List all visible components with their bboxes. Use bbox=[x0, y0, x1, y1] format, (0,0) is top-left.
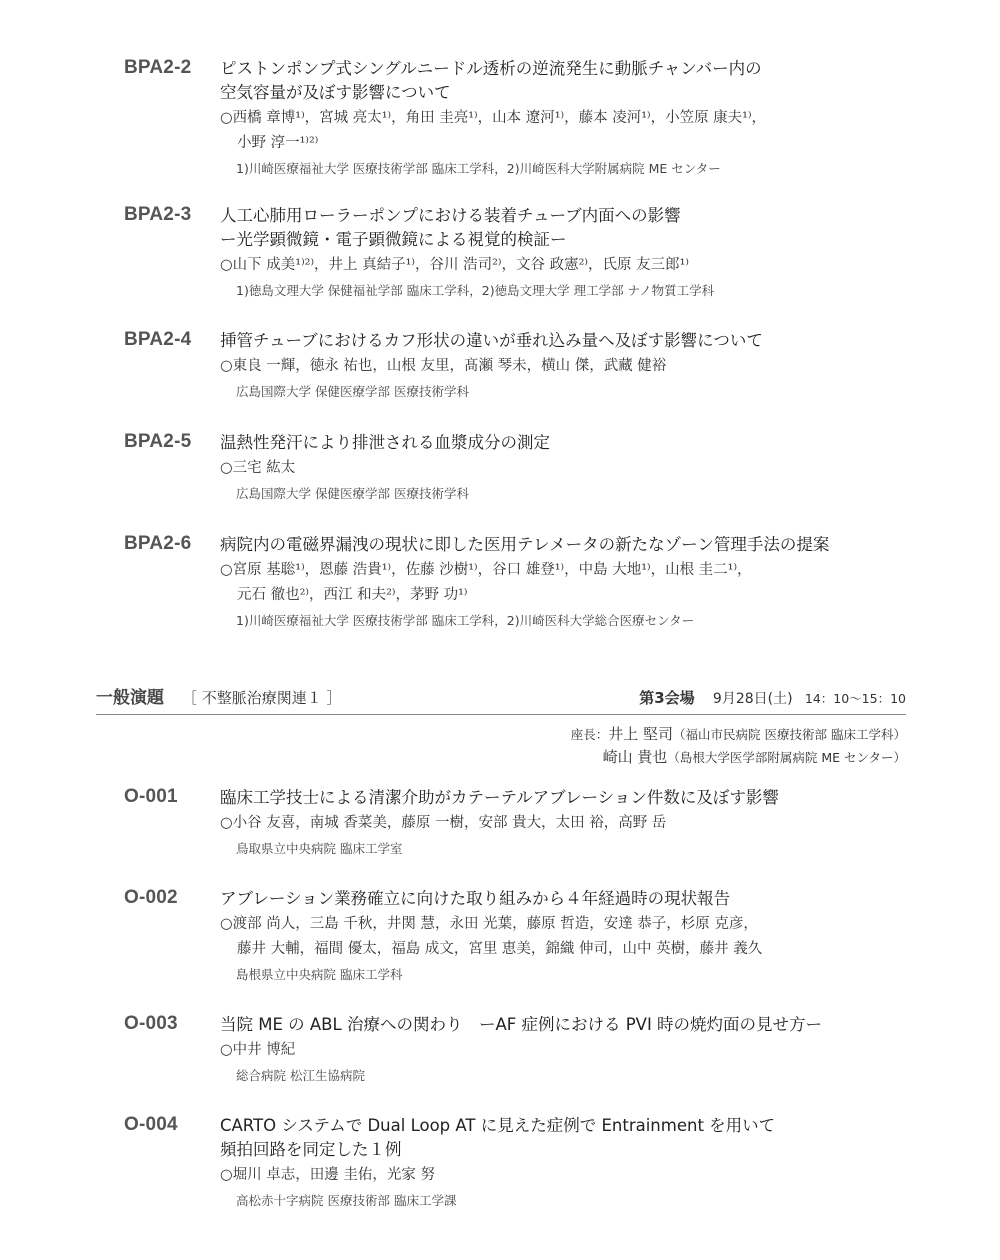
author-list: ○西橋 章博¹⁾，宮城 亮太¹⁾，角田 圭亮¹⁾，山本 遼河¹⁾，藤本 凌河¹⁾… bbox=[220, 107, 924, 130]
abstract-entry: O-001 臨床工学技士による清潔介助がカテーテルアブレーション件数に及ぼす影響… bbox=[124, 786, 924, 859]
author-list: ○中井 博紀 bbox=[220, 1039, 924, 1062]
abstract-entry: BPA2-6 病院内の電磁界漏洩の現状に即した医用テレメータの新たなゾーン管理手… bbox=[124, 533, 924, 631]
abstract-code: BPA2-5 bbox=[124, 431, 191, 453]
abstract-title: 温熱性発汗により排泄される血漿成分の測定 bbox=[220, 431, 924, 455]
chairs: 座長：井上 堅司（福山市民病院 医療技術部 臨床工学科） 崎山 貴也（島根大学医… bbox=[96, 723, 906, 769]
session-topic: ［ 不整脈治療関連１ ］ bbox=[182, 687, 342, 708]
abstract-title: 病院内の電磁界漏洩の現状に即した医用テレメータの新たなゾーン管理手法の提案 bbox=[220, 533, 924, 557]
abstract-title: 空気容量が及ぼす影響について bbox=[220, 81, 924, 105]
chair-name: 井上 堅司 bbox=[608, 725, 673, 743]
affiliation: 1)川崎医療福祉大学 医療技術学部 臨床工学科，2)川崎医科大学附属病院 ME … bbox=[220, 159, 924, 179]
abstract-title: アブレーション業務確立に向けた取り組みから４年経過時の現状報告 bbox=[220, 887, 924, 911]
abstract-entry: O-003 当院 ME の ABL 治療への関わり ーAF 症例における PVI… bbox=[124, 1013, 924, 1086]
affiliation: 鳥取県立中央病院 臨床工学室 bbox=[220, 839, 924, 859]
session-date: 9月28日(土) bbox=[713, 691, 793, 707]
abstract-entry: BPA2-5 温熱性発汗により排泄される血漿成分の測定 ○三宅 紘太 広島国際大… bbox=[124, 431, 924, 504]
abstract-title: ピストンポンプ式シングルニードル透析の逆流発生に動脈チャンバー内の bbox=[220, 57, 924, 81]
affiliation: 広島国際大学 保健医療学部 医療技術学科 bbox=[220, 484, 924, 504]
session-section: 一般演題 ［ 不整脈治療関連１ ］ 第3会場 9月28日(土) 14：10～15… bbox=[96, 683, 906, 769]
abstract-entry: BPA2-4 挿管チューブにおけるカフ形状の違いが垂れ込み量へ及ぼす影響について… bbox=[124, 329, 924, 402]
abstract-code: BPA2-2 bbox=[124, 57, 191, 79]
abstract-code: O-001 bbox=[124, 786, 178, 808]
chair-person: 崎山 貴也（島根大学医学部附属病院 ME センター） bbox=[96, 746, 906, 769]
affiliation: 島根県立中央病院 臨床工学科 bbox=[220, 965, 924, 985]
author-list: 元石 徹也²⁾，西江 和夫²⁾，茅野 功¹⁾ bbox=[220, 584, 924, 607]
chair-affiliation: （福山市民病院 医療技術部 臨床工学科） bbox=[673, 727, 906, 742]
author-list: 藤井 大輔，福間 優太，福島 成文，宮里 恵美，錦織 伸司，山中 英樹，藤井 義… bbox=[220, 938, 924, 961]
affiliation: 総合病院 松江生協病院 bbox=[220, 1066, 924, 1086]
author-list: ○宮原 基聡¹⁾，恩藤 浩貴¹⁾，佐藤 沙樹¹⁾，谷口 雄登¹⁾，中島 大地¹⁾… bbox=[220, 559, 924, 582]
chair-prefix: 座長： bbox=[571, 727, 609, 742]
author-list: ○渡部 尚人，三島 千秋，井関 慧，永田 光葉，藤原 哲造，安達 恭子，杉原 克… bbox=[220, 913, 924, 936]
abstract-code: BPA2-4 bbox=[124, 329, 191, 351]
chair-name: 崎山 貴也 bbox=[603, 748, 668, 766]
session-schedule: 第3会場 9月28日(土) 14：10～15：10 bbox=[639, 687, 906, 708]
abstract-title: 人工心肺用ローラーポンプにおける装着チューブ内面への影響 bbox=[220, 204, 924, 228]
abstract-code: O-004 bbox=[124, 1114, 178, 1136]
abstract-code: BPA2-6 bbox=[124, 533, 191, 555]
session-room: 第3会場 bbox=[639, 689, 694, 707]
session-time: 14：10～15：10 bbox=[805, 691, 906, 706]
abstract-subtitle: ー光学顕微鏡・電子顕微鏡による視覚的検証ー bbox=[220, 228, 924, 252]
chair-person: 座長：井上 堅司（福山市民病院 医療技術部 臨床工学科） bbox=[96, 723, 906, 746]
author-list: ○東良 一輝，徳永 祐也，山根 友里，髙瀬 琴未，横山 傑，武藏 健裕 bbox=[220, 355, 924, 378]
abstract-title: 頻拍回路を同定した１例 bbox=[220, 1138, 924, 1162]
affiliation: 高松赤十字病院 医療技術部 臨床工学課 bbox=[220, 1191, 924, 1211]
author-list: ○小谷 友喜，南城 香菜美，藤原 一樹，安部 貴大，太田 裕，高野 岳 bbox=[220, 812, 924, 835]
abstract-code: O-002 bbox=[124, 887, 178, 909]
abstract-entry: O-004 CARTO システムで Dual Loop AT に見えた症例で E… bbox=[124, 1114, 924, 1211]
affiliation: 1)川崎医療福祉大学 医療技術学部 臨床工学科，2)川崎医科大学総合医療センター bbox=[220, 611, 924, 631]
author-list: ○三宅 紘太 bbox=[220, 457, 924, 480]
abstract-title: CARTO システムで Dual Loop AT に見えた症例で Entrain… bbox=[220, 1114, 924, 1138]
abstract-entry: O-002 アブレーション業務確立に向けた取り組みから４年経過時の現状報告 ○渡… bbox=[124, 887, 924, 985]
author-list: ○堀川 卓志，田邊 圭佑，光家 努 bbox=[220, 1164, 924, 1187]
affiliation: 1)徳島文理大学 保健福祉学部 臨床工学科，2)徳島文理大学 理工学部 ナノ物質… bbox=[220, 281, 924, 301]
author-list: 小野 淳一¹⁾²⁾ bbox=[220, 132, 924, 155]
session-header: 一般演題 ［ 不整脈治療関連１ ］ 第3会場 9月28日(土) 14：10～15… bbox=[96, 683, 906, 715]
chair-affiliation: （島根大学医学部附属病院 ME センター） bbox=[667, 750, 906, 765]
abstract-code: BPA2-3 bbox=[124, 204, 191, 226]
abstract-code: O-003 bbox=[124, 1013, 178, 1035]
abstract-title: 挿管チューブにおけるカフ形状の違いが垂れ込み量へ及ぼす影響について bbox=[220, 329, 924, 353]
abstract-title: 当院 ME の ABL 治療への関わり ーAF 症例における PVI 時の焼灼面… bbox=[220, 1013, 924, 1037]
abstract-title: 臨床工学技士による清潔介助がカテーテルアブレーション件数に及ぼす影響 bbox=[220, 786, 924, 810]
abstract-entry: BPA2-2 ピストンポンプ式シングルニードル透析の逆流発生に動脈チャンバー内の… bbox=[124, 57, 924, 179]
author-list: ○山下 成美¹⁾²⁾，井上 真結子¹⁾，谷川 浩司²⁾，文谷 政憲²⁾，氏原 友… bbox=[220, 254, 924, 277]
abstract-entry: BPA2-3 人工心肺用ローラーポンプにおける装着チューブ内面への影響 ー光学顕… bbox=[124, 204, 924, 301]
session-label: 一般演題 bbox=[96, 683, 164, 708]
affiliation: 広島国際大学 保健医療学部 医療技術学科 bbox=[220, 382, 924, 402]
